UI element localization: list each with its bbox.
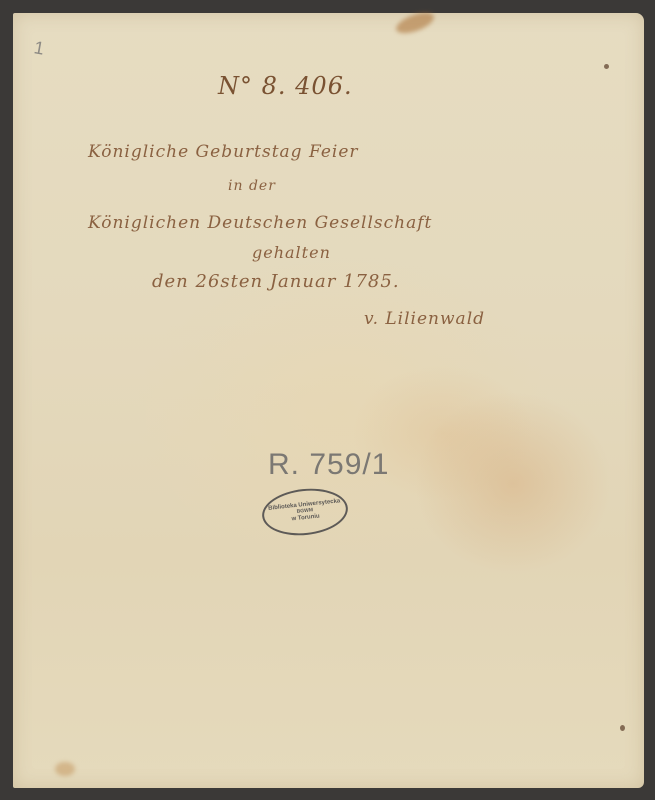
title-line-5-date: den 26sten Januar 1785. xyxy=(152,271,400,292)
stamp-line-3: w Toruniu xyxy=(291,513,320,523)
shelfmark: R. 759/1 xyxy=(268,448,389,482)
catalog-number: N° 8. 406. xyxy=(218,72,353,100)
water-stain-bottom xyxy=(55,762,75,776)
spot-top-right xyxy=(604,64,609,69)
manuscript-page xyxy=(13,13,644,788)
title-line-2: in der xyxy=(228,178,276,194)
author-signature: v. Lilienwald xyxy=(364,309,485,329)
title-line-1: Königliche Geburtstag Feier xyxy=(88,142,359,162)
scan-background: 1 N° 8. 406. Königliche Geburtstag Feier… xyxy=(0,0,655,800)
spot-bottom-right xyxy=(620,725,625,731)
title-line-3: Königlichen Deutschen Gesellschaft xyxy=(88,213,432,233)
title-line-4: gehalten xyxy=(252,243,331,262)
